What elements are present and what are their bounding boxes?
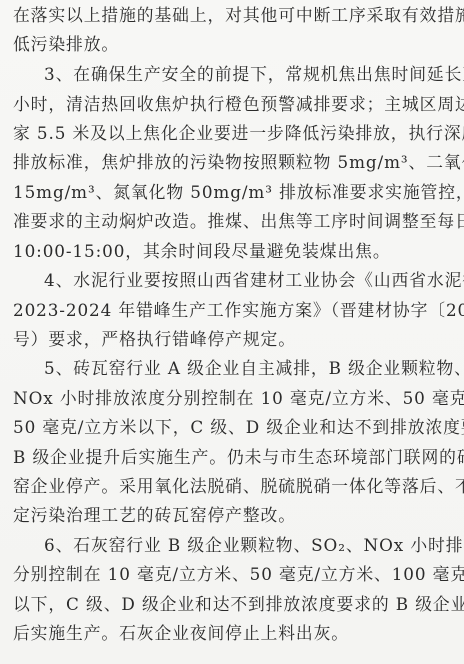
- text-line: B 级企业提升后实施生产。仍未与市生态环境部门联网的砖瓦: [13, 445, 453, 469]
- text-line: 后实施生产。石灰企业夜间停止上料出灰。: [13, 621, 453, 645]
- paragraph-3-start: 3、在确保生产安全的前提下，常规机焦出焦时间延长至 60: [44, 62, 453, 86]
- text-line: 定污染治理工艺的砖瓦窑停产整改。: [13, 503, 453, 527]
- text-line: 小时，清洁热回收焦炉执行橙色预警减排要求；主城区周边的 8: [13, 92, 453, 116]
- text-line: 50 毫克/立方米以下，C 级、D 级企业和达不到排放浓度要求的: [13, 415, 453, 439]
- paragraph-6-start: 6、石灰窑行业 B 级企业颗粒物、SO₂、NOx 小时排放浓度: [44, 533, 453, 557]
- text-line: 号）要求，严格执行错峰停产规定。: [13, 327, 453, 351]
- text-line: 15mg/m³、氮氧化物 50mg/m³ 排放标准要求实施管控，达不到标: [13, 180, 453, 204]
- text-line: 准要求的主动焖炉改造。推煤、出焦等工序时间调整至每日: [13, 209, 453, 233]
- text-line: 在落实以上措施的基础上，对其他可中断工序采取有效措施降: [13, 3, 453, 27]
- text-line: 家 5.5 米及以上焦化企业要进一步降低污染排放，执行深度治理: [13, 121, 453, 145]
- text-line: NOx 小时排放浓度分别控制在 10 毫克/立方米、50 毫克/立方米、: [13, 386, 453, 410]
- text-line: 低污染排放。: [13, 32, 453, 56]
- text-line: 以下，C 级、D 级企业和达不到排放浓度要求的 B 级企业提升: [13, 592, 453, 616]
- paragraph-4-start: 4、水泥行业要按照山西省建材工业协会《山西省水泥行业: [44, 268, 453, 292]
- paragraph-5-start: 5、砖瓦窑行业 A 级企业自主减排，B 级企业颗粒物、SO₂、: [44, 356, 453, 380]
- text-line: 窑企业停产。采用氧化法脱硝、脱硫脱硝一体化等落后、不稳: [13, 474, 453, 498]
- document-page: 在落实以上措施的基础上，对其他可中断工序采取有效措施降 低污染排放。 3、在确保…: [0, 0, 464, 664]
- text-line: 分别控制在 10 毫克/立方米、50 毫克/立方米、100 毫克/立方米: [13, 562, 453, 586]
- text-line: 排放标准，焦炉排放的污染物按照颗粒物 5mg/m³、二氧化硫: [13, 150, 453, 174]
- text-line: 2023-2024 年错峰生产工作实施方案》（晋建材协字〔2023〕16: [13, 298, 453, 322]
- text-line: 10:00-15:00，其余时间段尽量避免装煤出焦。: [13, 239, 453, 263]
